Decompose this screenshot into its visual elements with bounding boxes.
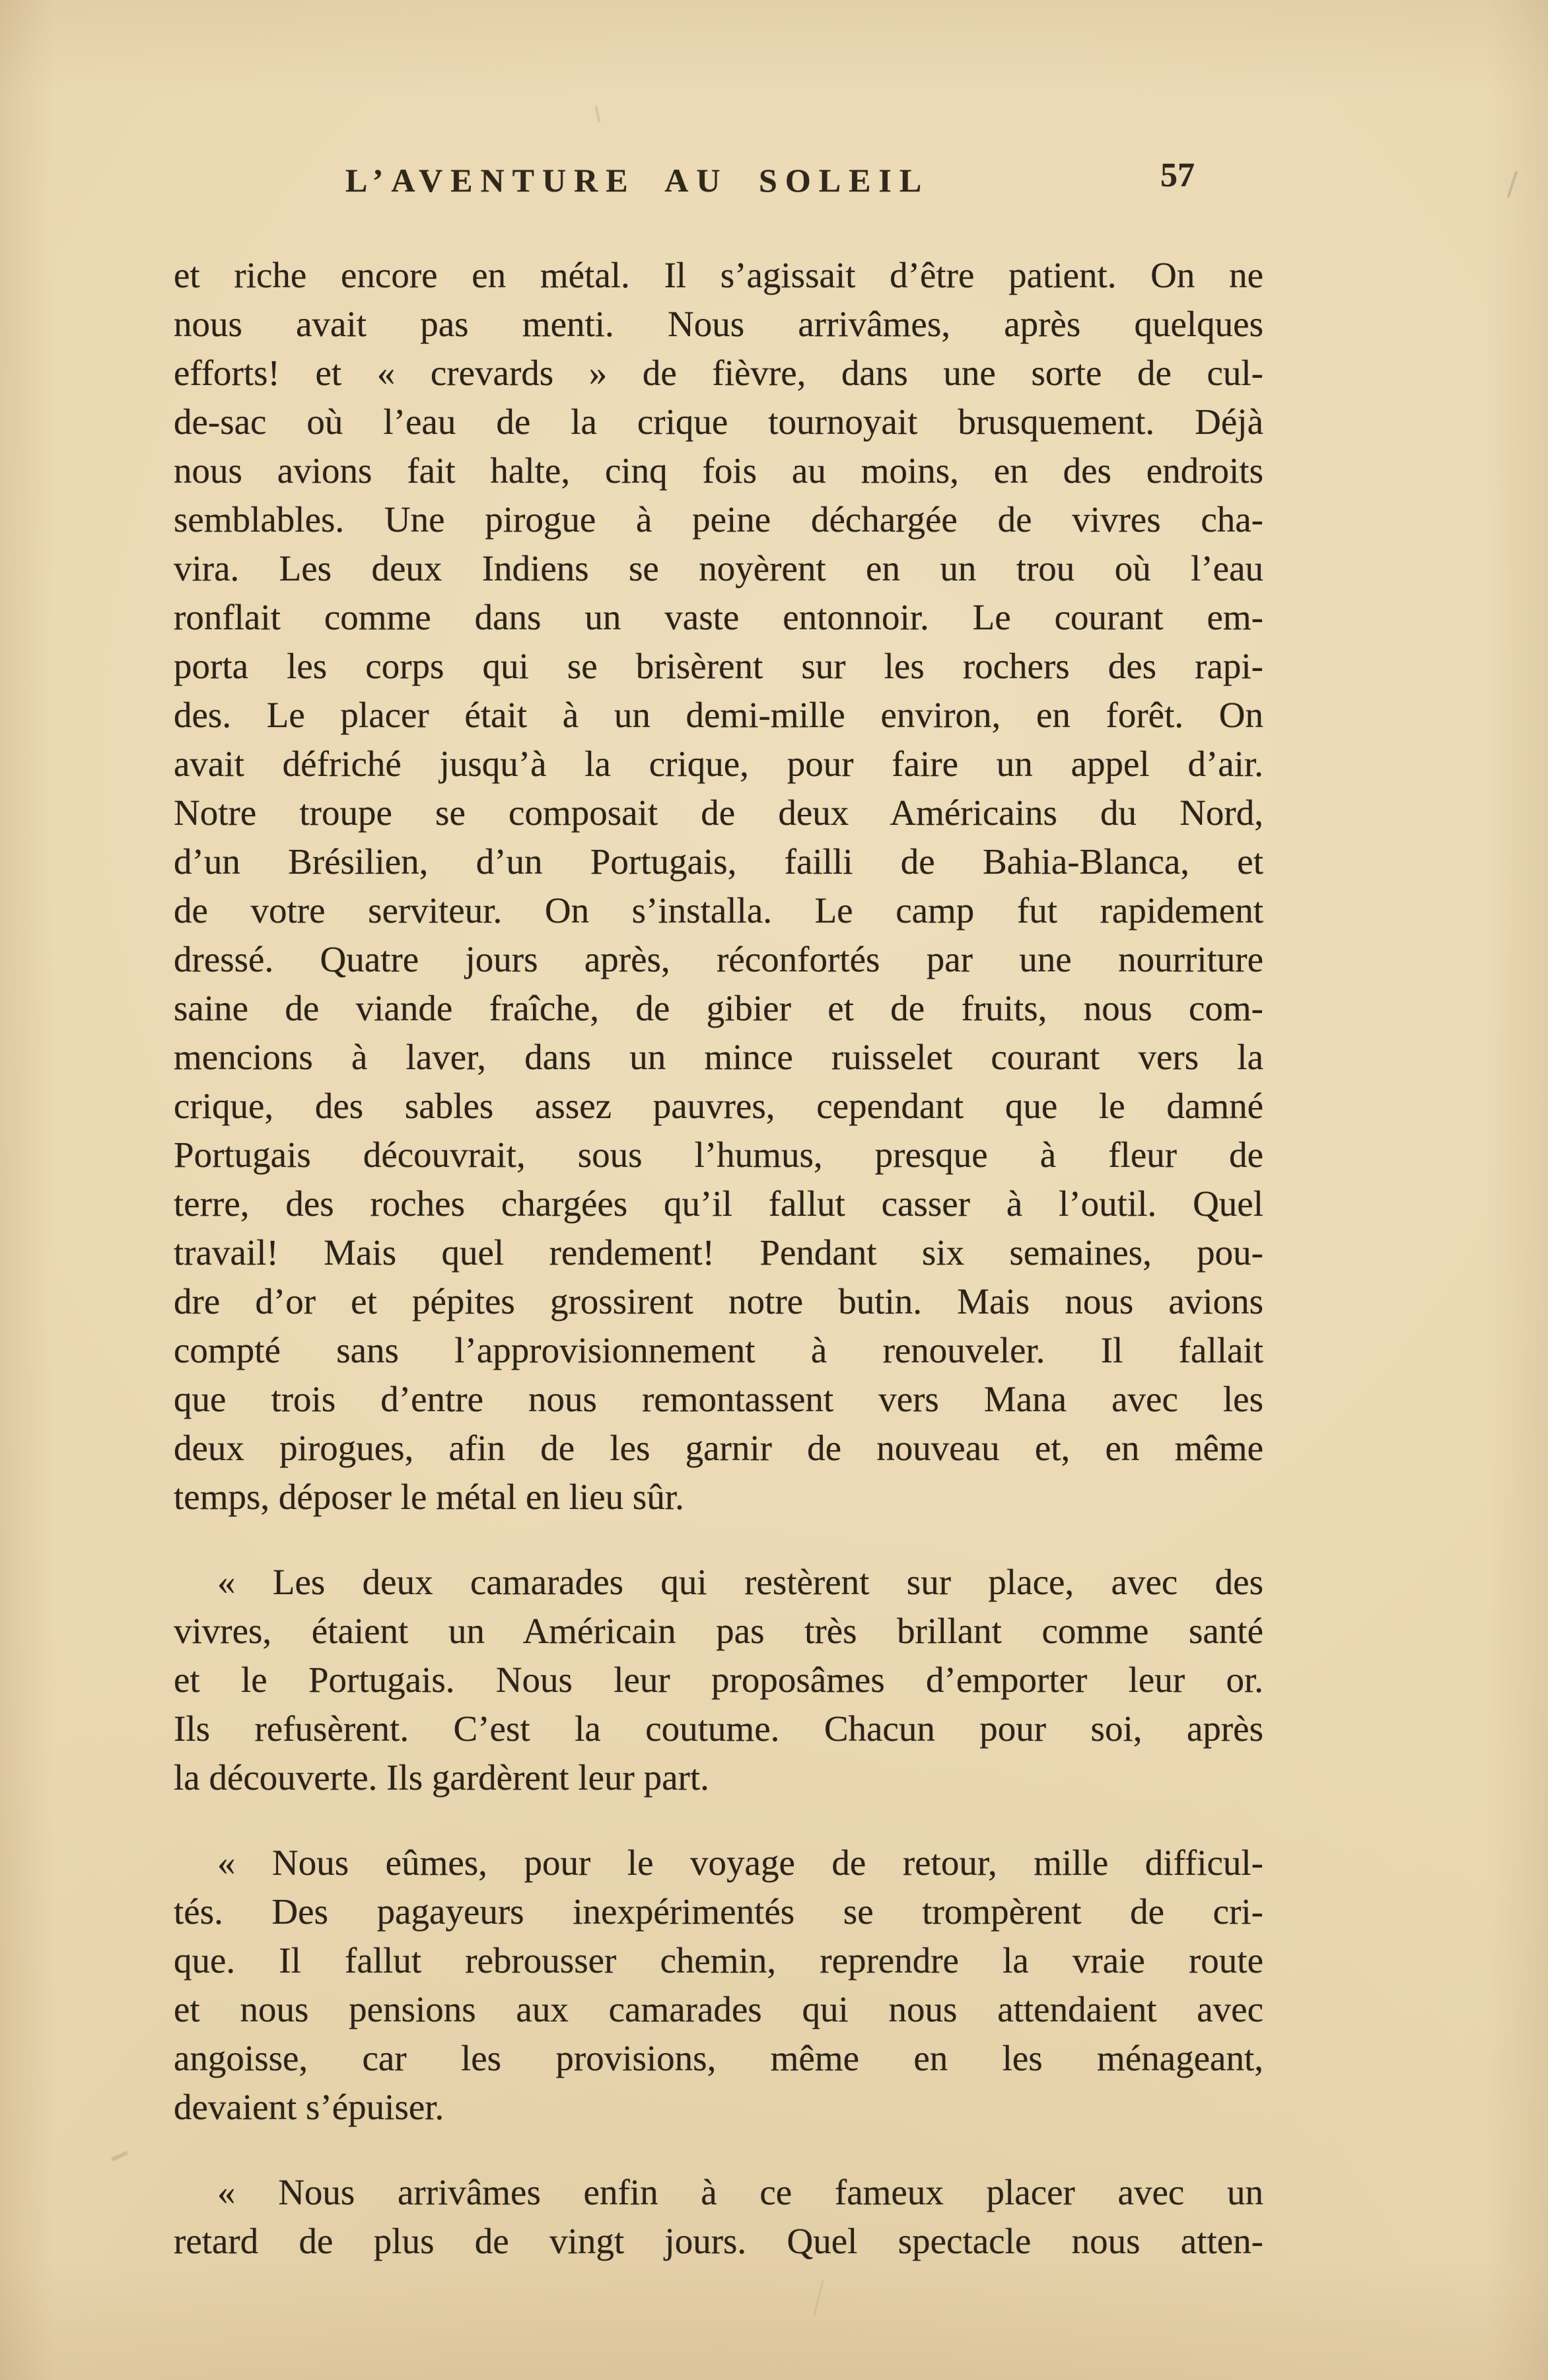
page-number: 57: [1160, 156, 1195, 195]
text-line: efforts! et « crevards » de fièvre, dans…: [174, 349, 1263, 398]
text-line: tés. Des pagayeurs inexpérimentés se tro…: [174, 1887, 1263, 1936]
text-line: porta les corps qui se brisèrent sur les…: [174, 642, 1263, 691]
text-line: vivres, étaient un Américain pas très br…: [174, 1607, 1263, 1656]
text-line: dre d’or et pépites grossirent notre but…: [174, 1277, 1263, 1326]
text-line: nous avait pas menti. Nous arrivâmes, ap…: [174, 300, 1263, 349]
text-line: et le Portugais. Nous leur proposâmes d’…: [174, 1656, 1263, 1704]
running-header-title: L’AVENTURE AU SOLEIL: [345, 161, 929, 199]
text-line: travail! Mais quel rendement! Pendant si…: [174, 1228, 1263, 1277]
text-line: terre, des roches chargées qu’il fallut …: [174, 1179, 1263, 1228]
paper-speck: [594, 106, 600, 123]
text-line: vira. Les deux Indiens se noyèrent en un…: [174, 544, 1263, 593]
text-line: angoisse, car les provisions, même en le…: [174, 2034, 1263, 2083]
text-line: « Nous eûmes, pour le voyage de retour, …: [174, 1838, 1263, 1887]
text-line: la découverte. Ils gardèrent leur part.: [174, 1753, 1263, 1802]
page-body-text: et riche encore en métal. Il s’agissait …: [174, 251, 1263, 2302]
text-line: avait défriché jusqu’à la crique, pour f…: [174, 740, 1263, 788]
text-line: ronflait comme dans un vaste entonnoir. …: [174, 593, 1263, 642]
text-line: et riche encore en métal. Il s’agissait …: [174, 251, 1263, 300]
text-line: de votre serviteur. On s’installa. Le ca…: [174, 886, 1263, 935]
text-line: d’un Brésilien, d’un Portugais, failli d…: [174, 837, 1263, 886]
text-line: des. Le placer était à un demi-mille env…: [174, 691, 1263, 740]
text-line: Portugais découvrait, sous l’humus, pres…: [174, 1131, 1263, 1179]
text-line: dressé. Quatre jours après, réconfortés …: [174, 935, 1263, 984]
text-line: semblables. Une pirogue à peine déchargé…: [174, 495, 1263, 544]
text-line: que trois d’entre nous remontassent vers…: [174, 1375, 1263, 1424]
text-line: de-sac où l’eau de la crique tournoyait …: [174, 398, 1263, 446]
text-line: et nous pensions aux camarades qui nous …: [174, 1985, 1263, 2034]
paper-speck: [111, 2151, 128, 2161]
text-line: « Nous arrivâmes enfin à ce fameux place…: [174, 2168, 1263, 2217]
book-page: L’AVENTURE AU SOLEIL 57 et riche encore …: [0, 0, 1548, 2380]
text-line: mencions à laver, dans un mince ruissele…: [174, 1033, 1263, 1082]
text-line: deux pirogues, afin de les garnir de nou…: [174, 1424, 1263, 1473]
text-line: Notre troupe se composait de deux Améric…: [174, 788, 1263, 837]
text-line: nous avions fait halte, cinq fois au moi…: [174, 446, 1263, 495]
text-line: temps, déposer le métal en lieu sûr.: [174, 1473, 1263, 1522]
text-line: retard de plus de vingt jours. Quel spec…: [174, 2217, 1263, 2266]
text-line: que. Il fallut rebrousser chemin, repren…: [174, 1936, 1263, 1985]
text-line: « Les deux camarades qui restèrent sur p…: [174, 1558, 1263, 1607]
text-line: crique, des sables assez pauvres, cepend…: [174, 1082, 1263, 1131]
text-line: Ils refusèrent. C’est la coutume. Chacun…: [174, 1704, 1263, 1753]
text-line: saine de viande fraîche, de gibier et de…: [174, 984, 1263, 1033]
text-line: compté sans l’approvisionnement à renouv…: [174, 1326, 1263, 1375]
paper-speck: [1507, 170, 1518, 197]
text-line: devaient s’épuiser.: [174, 2083, 1263, 2132]
